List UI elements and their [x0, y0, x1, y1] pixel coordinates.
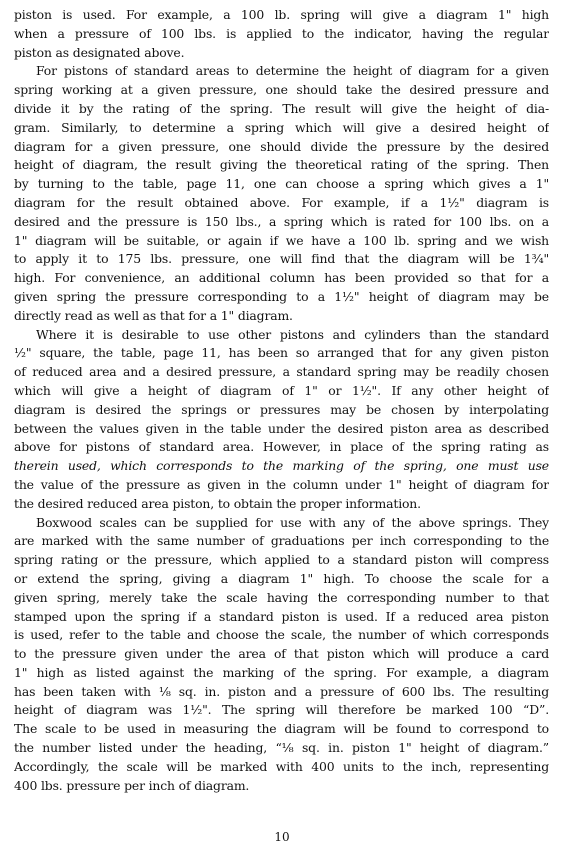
text-line: For pistons of standard areas to determi… [14, 62, 549, 81]
text-line: the value of the pressure as given in th… [14, 476, 549, 495]
text-line: the desired reduced area piston, to obta… [14, 495, 549, 514]
text-line: diagram for a given pressure, one should… [14, 138, 549, 157]
text-line: Accordingly, the scale will be marked wi… [14, 758, 549, 777]
text-line: has been taken with ⅛ sq. in. piston and… [14, 683, 549, 702]
page-number: 10 [0, 830, 564, 844]
text-line: is used, refer to the table and choose t… [14, 626, 549, 645]
text-line: which will give a height of diagram of 1… [14, 382, 549, 401]
text-line: height of diagram was 1½". The spring wi… [14, 701, 549, 720]
paragraph-3: Where it is desirable to use other pisto… [14, 326, 549, 514]
text-line: piston is used. For example, a 100 lb. s… [14, 6, 549, 25]
text-line: by turning to the table, page 11, one ca… [14, 175, 549, 194]
paragraph-2: For pistons of standard areas to determi… [14, 62, 549, 325]
text-line: desired and the pressure is 150 lbs., a … [14, 213, 549, 232]
text-line: high. For convenience, an additional col… [14, 269, 549, 288]
text-line: gram. Similarly, to determine a spring w… [14, 119, 549, 138]
text-line: between the values given in the table un… [14, 420, 549, 439]
text-line: The scale to be used in measuring the di… [14, 720, 549, 739]
text-line: piston as designated above. [14, 44, 549, 63]
paragraph-4: Boxwood scales can be supplied for use w… [14, 514, 549, 796]
text-line: height of diagram, the result giving the… [14, 156, 549, 175]
text-line: divide it by the rating of the spring. T… [14, 100, 549, 119]
text-line: ½" square, the table, page 11, has been … [14, 344, 549, 363]
text-line: of reduced area and a desired pressure, … [14, 363, 549, 382]
text-line: or extend the spring, giving a diagram 1… [14, 570, 549, 589]
text-line: 1" diagram will be suitable, or again if… [14, 232, 549, 251]
paragraph-1: piston is used. For example, a 100 lb. s… [14, 6, 549, 62]
document-page: piston is used. For example, a 100 lb. s… [14, 6, 549, 795]
text-line: given spring the pressure corresponding … [14, 288, 549, 307]
text-line: stamped upon the spring if a standard pi… [14, 608, 549, 627]
italic-text-line: therein used, which corresponds to the m… [14, 457, 549, 476]
text-line: to apply it to 175 lbs. pressure, one wi… [14, 250, 549, 269]
text-line: spring rating or the pressure, which app… [14, 551, 549, 570]
text-line: spring working at a given pressure, one … [14, 81, 549, 100]
text-line: Boxwood scales can be supplied for use w… [14, 514, 549, 533]
text-line: diagram for the result obtained above. F… [14, 194, 549, 213]
text-line: Where it is desirable to use other pisto… [14, 326, 549, 345]
text-line: 1" high as listed against the marking of… [14, 664, 549, 683]
text-line: diagram is desired the springs or pressu… [14, 401, 549, 420]
text-line: above for pistons of standard area. Howe… [14, 438, 549, 457]
text-line: directly read as well as that for a 1" d… [14, 307, 549, 326]
text-line: the number listed under the heading, “⅛ … [14, 739, 549, 758]
text-line: 400 lbs. pressure per inch of diagram. [14, 777, 549, 796]
text-line: when a pressure of 100 lbs. is applied t… [14, 25, 549, 44]
text-line: are marked with the same number of gradu… [14, 532, 549, 551]
text-line: to the pressure given under the area of … [14, 645, 549, 664]
text-line: given spring, merely take the scale havi… [14, 589, 549, 608]
